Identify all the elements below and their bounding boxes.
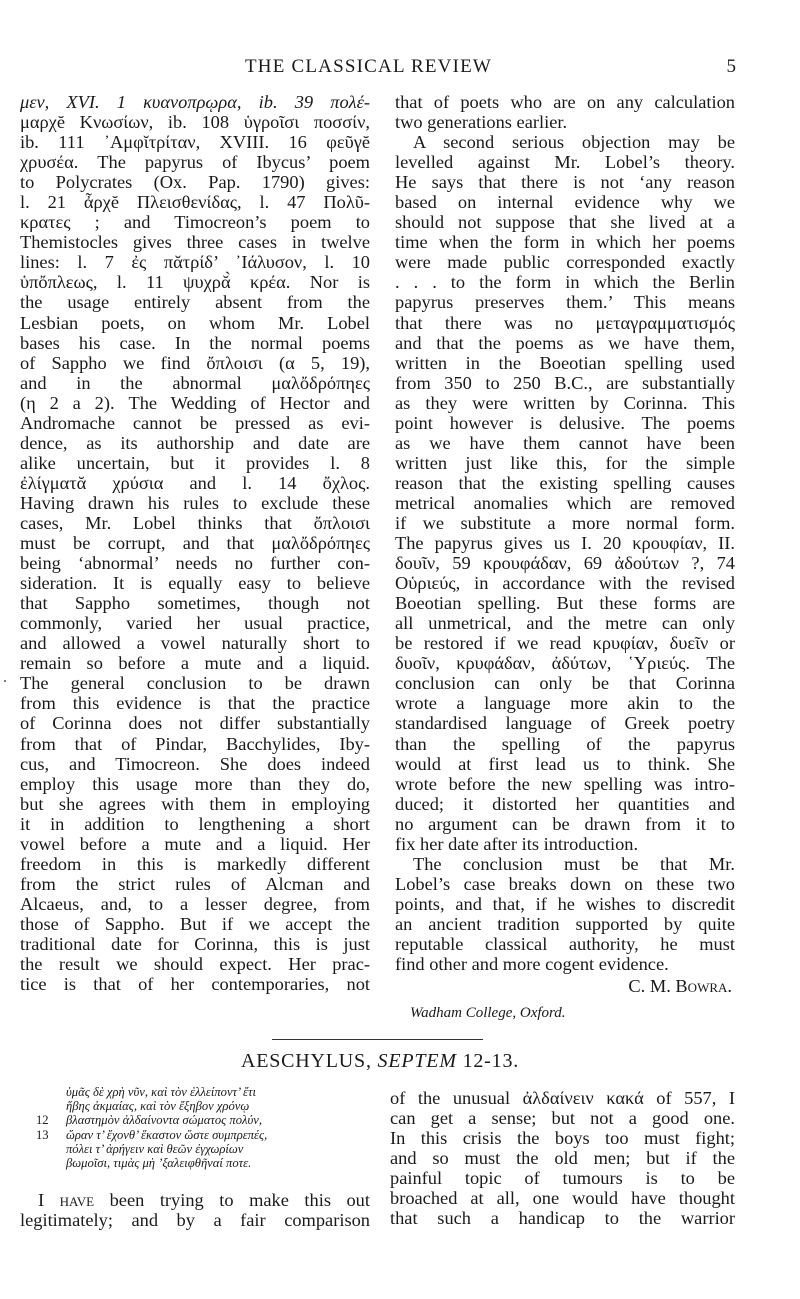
- verse-text: βλαστημὸν ἀλδαίνοντα σώματος πολύν,: [66, 1113, 262, 1127]
- text-line: and so must the old men; but if the: [390, 1148, 735, 1168]
- verse-line: βωμοῖσι, τιμὰς μὴ ’ξαλειφθῆναί ποτε.: [36, 1156, 376, 1170]
- text-line: levelled against Mr. Lobel’s theory.: [395, 152, 735, 172]
- text-line: painful topic of tumours is to be: [390, 1168, 735, 1188]
- text-line: two generations earlier.: [395, 112, 735, 132]
- text-line: written just like this, for the simple: [395, 453, 735, 473]
- text-line: cus, and Timocreon. She does indeed: [20, 754, 370, 774]
- text-line: traditional date for Corinna, this is ju…: [20, 934, 370, 954]
- line-number: 12: [36, 1113, 49, 1127]
- text-line: that there was no μεταγραμματισμός: [395, 313, 735, 333]
- text-line: being ‘abnormal’ needs no further con-: [20, 553, 370, 573]
- text-line: metrical anomalies which are removed: [395, 493, 735, 513]
- text-line: papyrus preserves them.’ This means: [395, 292, 735, 312]
- text-line: reason that the existing spelling causes: [395, 473, 735, 493]
- text-line: duced; it distorted her quantities and: [395, 794, 735, 814]
- text-line: Οὑριεύς, in accordance with the revised: [395, 573, 735, 593]
- text-line: The papyrus gives us I. 20 κρουφίαν, II.: [395, 533, 735, 553]
- text-line: The general conclusion to be drawn: [20, 673, 370, 693]
- text-line: as they were written by Corinna. This: [395, 393, 735, 413]
- text-line: He says that there is not ‘any reason: [395, 172, 735, 192]
- greek-verse-quotation: ὑμᾶς δὲ χρὴ νῦν, καὶ τὸν ἐλλείποντ’ ἔτι …: [36, 1085, 376, 1170]
- text-line: Having drawn his rules to exclude these: [20, 493, 370, 513]
- text-line: but she agrees with them in employing: [20, 794, 370, 814]
- text-line: and allowed a vowel naturally short to: [20, 633, 370, 653]
- text-line: Boeotian spelling. But these forms are: [395, 593, 735, 613]
- paragraph-start: A second serious objection may be: [395, 132, 735, 152]
- text-line: as we have them cannot have been: [395, 433, 735, 453]
- text-line: (η 2 a 2). The Wedding of Hector and: [20, 393, 370, 413]
- text-line: that Sappho sometimes, though not: [20, 593, 370, 613]
- text-line: remain so before a mute and a liquid.: [20, 653, 370, 673]
- text-line: those of Sappho. But if we accept the: [20, 914, 370, 934]
- text-line: must be corrupt, and that μαλὄδρόπηες: [20, 533, 370, 553]
- text-line: find other and more cogent evidence.: [395, 954, 735, 974]
- text-line: μεν, XVI. 1 κυανοπρῳρα, ib. 39 πολέ-: [20, 92, 370, 112]
- verse-text: ὥραν τ’ ἔχονθ’ ἕκαστον ὥστε συμπρεπές,: [66, 1128, 267, 1142]
- text-line: reputable classical authority, he must: [395, 934, 735, 954]
- article-title-author: AESCHYLUS,: [241, 1050, 378, 1072]
- text-line: time when the form in which her poems: [395, 232, 735, 252]
- text-line: be restored if we read κρυφίαν, δυεῖν or: [395, 633, 735, 653]
- journal-title: THE CLASSICAL REVIEW: [245, 56, 492, 78]
- verse-text: βωμοῖσι, τιμὰς μὴ ’ξαλειφθῆναί ποτε.: [66, 1156, 251, 1170]
- text-line: Lesbian poets, on whom Mr. Lobel: [20, 313, 370, 333]
- author-affiliation: Wadham College, Oxford.: [410, 1005, 566, 1022]
- text-line: would at first lead us to think. She: [395, 754, 735, 774]
- verse-line: ἥβης ἀκμαίας, καὶ τὸν ἔξηβον χρόνῳ: [36, 1099, 376, 1113]
- text-line: all unmetrical, and the metre can only: [395, 613, 735, 633]
- text-line: alike uncertain, but it provides l. 8: [20, 453, 370, 473]
- text-line: Andromache cannot be pressed as evi-: [20, 413, 370, 433]
- text-line: dence, as its authorship and date are: [20, 433, 370, 453]
- verse-text: ἥβης ἀκμαίας, καὶ τὸν ἔξηβον χρόνῳ: [66, 1099, 249, 1113]
- text-line: δυοῖν, κρυφάδαν, ἀδύτων, ῾Υριεύς. The: [395, 653, 735, 673]
- text-line: an ancient tradition supported by quite: [395, 914, 735, 934]
- text-line: wrote a language more akin to the: [395, 693, 735, 713]
- text-line: δουῖν, 59 κρουφάδαν, 69 ἀδούτων ?, 74: [395, 553, 735, 573]
- text-line: κρατες ; and Timocreon’s poem to: [20, 212, 370, 232]
- text-line: from the strict rules of Alcman and: [20, 874, 370, 894]
- text-line: point however is delusive. The poems: [395, 413, 735, 433]
- text-line: were made public corresponded exactly: [395, 252, 735, 272]
- text-line: Themistocles gives three cases in twelve: [20, 232, 370, 252]
- text-line: tice is that of her contemporaries, not: [20, 974, 370, 994]
- article-left-column: I have been trying to make this out legi…: [20, 1190, 370, 1230]
- running-head: THE CLASSICAL REVIEW 5: [20, 56, 740, 84]
- article-title: AESCHYLUS, SEPTEM 12-13.: [0, 1050, 760, 1073]
- text-line: of the unusual ἀλδαίνειν κακά of 557, I: [390, 1088, 735, 1108]
- text-line: l. 21 ἆρχĕ Πλεισθενίδας, l. 47 Πολῦ-: [20, 192, 370, 212]
- verse-line: 13ὥραν τ’ ἔχονθ’ ἕκαστον ὥστε συμπρεπές,: [36, 1128, 376, 1142]
- section-divider: [272, 1039, 483, 1040]
- text-line: based on internal evidence why we: [395, 192, 735, 212]
- text-line: can get a sense; but not a good one.: [390, 1108, 735, 1128]
- text-line: lines: l. 7 ἐς πᾰτρίδ’ ᾽Ιάλυσον, l. 10: [20, 252, 370, 272]
- margin-speck: [4, 680, 6, 682]
- verse-text: πόλει τ’ ἀρήγειν καὶ θεῶν ἐγχωρίων: [66, 1142, 243, 1156]
- text-line: χρυσέα. The papyrus of Ibycus’ poem: [20, 152, 370, 172]
- verse-line: ὑμᾶς δὲ χρὴ νῦν, καὶ τὸν ἐλλείποντ’ ἔτι: [36, 1085, 376, 1099]
- text-line: conclusion can only be that Corinna: [395, 673, 735, 693]
- text-line: μαρχĕ Κνωσίων, ib. 108 ὑγροῖσι ποσσίν,: [20, 112, 370, 132]
- text-line: ib. 111 ᾽Αμφῐτρίταν, XVIII. 16 φεῦγĕ: [20, 132, 370, 152]
- text-line: should not suppose that she lived at a: [395, 212, 735, 232]
- text-line: sideration. It is equally easy to believ…: [20, 573, 370, 593]
- text-line: bases his case. In the normal poems: [20, 333, 370, 353]
- verse-text: ὑμᾶς δὲ χρὴ νῦν, καὶ τὸν ἐλλείποντ’ ἔτι: [66, 1085, 256, 1099]
- text-line: and that the poems as we have them,: [395, 333, 735, 353]
- text-line: of Sappho we find ὄπλοισι (α 5, 19),: [20, 353, 370, 373]
- text-line: standardised language of Greek poetry: [395, 713, 735, 733]
- text-line: from this evidence is that the practice: [20, 693, 370, 713]
- text-line: fix her date after its introduction.: [395, 834, 735, 854]
- article-title-lines: 12-13.: [457, 1050, 519, 1072]
- text-line: vowel before a mute and a liquid. Her: [20, 834, 370, 854]
- opening-word: I: [38, 1190, 44, 1210]
- text-line: from that of Pindar, Bacchylides, Iby-: [20, 734, 370, 754]
- text-line: to Polycrates (Ox. Pap. 1790) gives:: [20, 172, 370, 192]
- text-line: In this crisis the boys too must fight;: [390, 1128, 735, 1148]
- author-signature: C. M. Bowra.: [628, 976, 732, 997]
- page-number: 5: [727, 56, 737, 78]
- text-line: the result we should expect. Her prac-: [20, 954, 370, 974]
- text-line: and in the abnormal μαλὄδρόπηες: [20, 373, 370, 393]
- text-line: wrote before the new spelling was intro-: [395, 774, 735, 794]
- verse-line: 12βλαστημὸν ἀλδαίνοντα σώματος πολύν,: [36, 1113, 376, 1127]
- article-title-work: SEPTEM: [378, 1050, 457, 1072]
- paragraph-start: I have been trying to make this out: [20, 1190, 370, 1210]
- text-line: than the spelling of the papyrus: [395, 734, 735, 754]
- left-column: μεν, XVI. 1 κυανοπρῳρα, ib. 39 πολέ- μαρ…: [20, 92, 370, 994]
- text-line: commonly, varied her usual practice,: [20, 613, 370, 633]
- text-line: of Corinna does not differ substantially: [20, 713, 370, 733]
- text-line: legitimately; and by a fair comparison: [20, 1210, 370, 1230]
- verse-line: πόλει τ’ ἀρήγειν καὶ θεῶν ἐγχωρίων: [36, 1142, 376, 1156]
- right-column: that of poets who are on any calculation…: [395, 92, 735, 974]
- text-line: . . . to the form in which the Berlin: [395, 272, 735, 292]
- article-right-column: of the unusual ἀλδαίνειν κακά of 557, I …: [390, 1088, 735, 1228]
- text-line: freedom in this is markedly different: [20, 854, 370, 874]
- text-line: ὑπὄπλεως, l. 11 ψυχρᾰ̀ κρέα. Nor is: [20, 272, 370, 292]
- text-line: the usage entirely absent from the: [20, 292, 370, 312]
- opening-smallcaps: have: [60, 1190, 94, 1210]
- text-fragment: been trying to make this out: [94, 1190, 370, 1210]
- text-line: that of poets who are on any calculation: [395, 92, 735, 112]
- text-line: Alcaeus, and, to a lesser degree, from: [20, 894, 370, 914]
- text-line: if we substitute a more normal form.: [395, 513, 735, 533]
- text-line: broached at all, one would have thought: [390, 1188, 735, 1208]
- text-line: that such a handicap to the warrior: [390, 1208, 735, 1228]
- text-line: it in addition to lengthening a short: [20, 814, 370, 834]
- text-line: points, and that, if he wishes to discre…: [395, 894, 735, 914]
- text-line: no argument can be drawn from it to: [395, 814, 735, 834]
- text-line: ἐλίγματᾰ χρύσια and l. 14 ὄχλος.: [20, 473, 370, 493]
- text-line: from 350 to 250 B.C., are substantially: [395, 373, 735, 393]
- text-line: Lobel’s case breaks down on these two: [395, 874, 735, 894]
- line-number: 13: [36, 1128, 49, 1142]
- text-line: cases, Mr. Lobel thinks that ὄπλοισι: [20, 513, 370, 533]
- text-line: written in the Boeotian spelling used: [395, 353, 735, 373]
- text-line: employ this usage more than they do,: [20, 774, 370, 794]
- paragraph-start: The conclusion must be that Mr.: [395, 854, 735, 874]
